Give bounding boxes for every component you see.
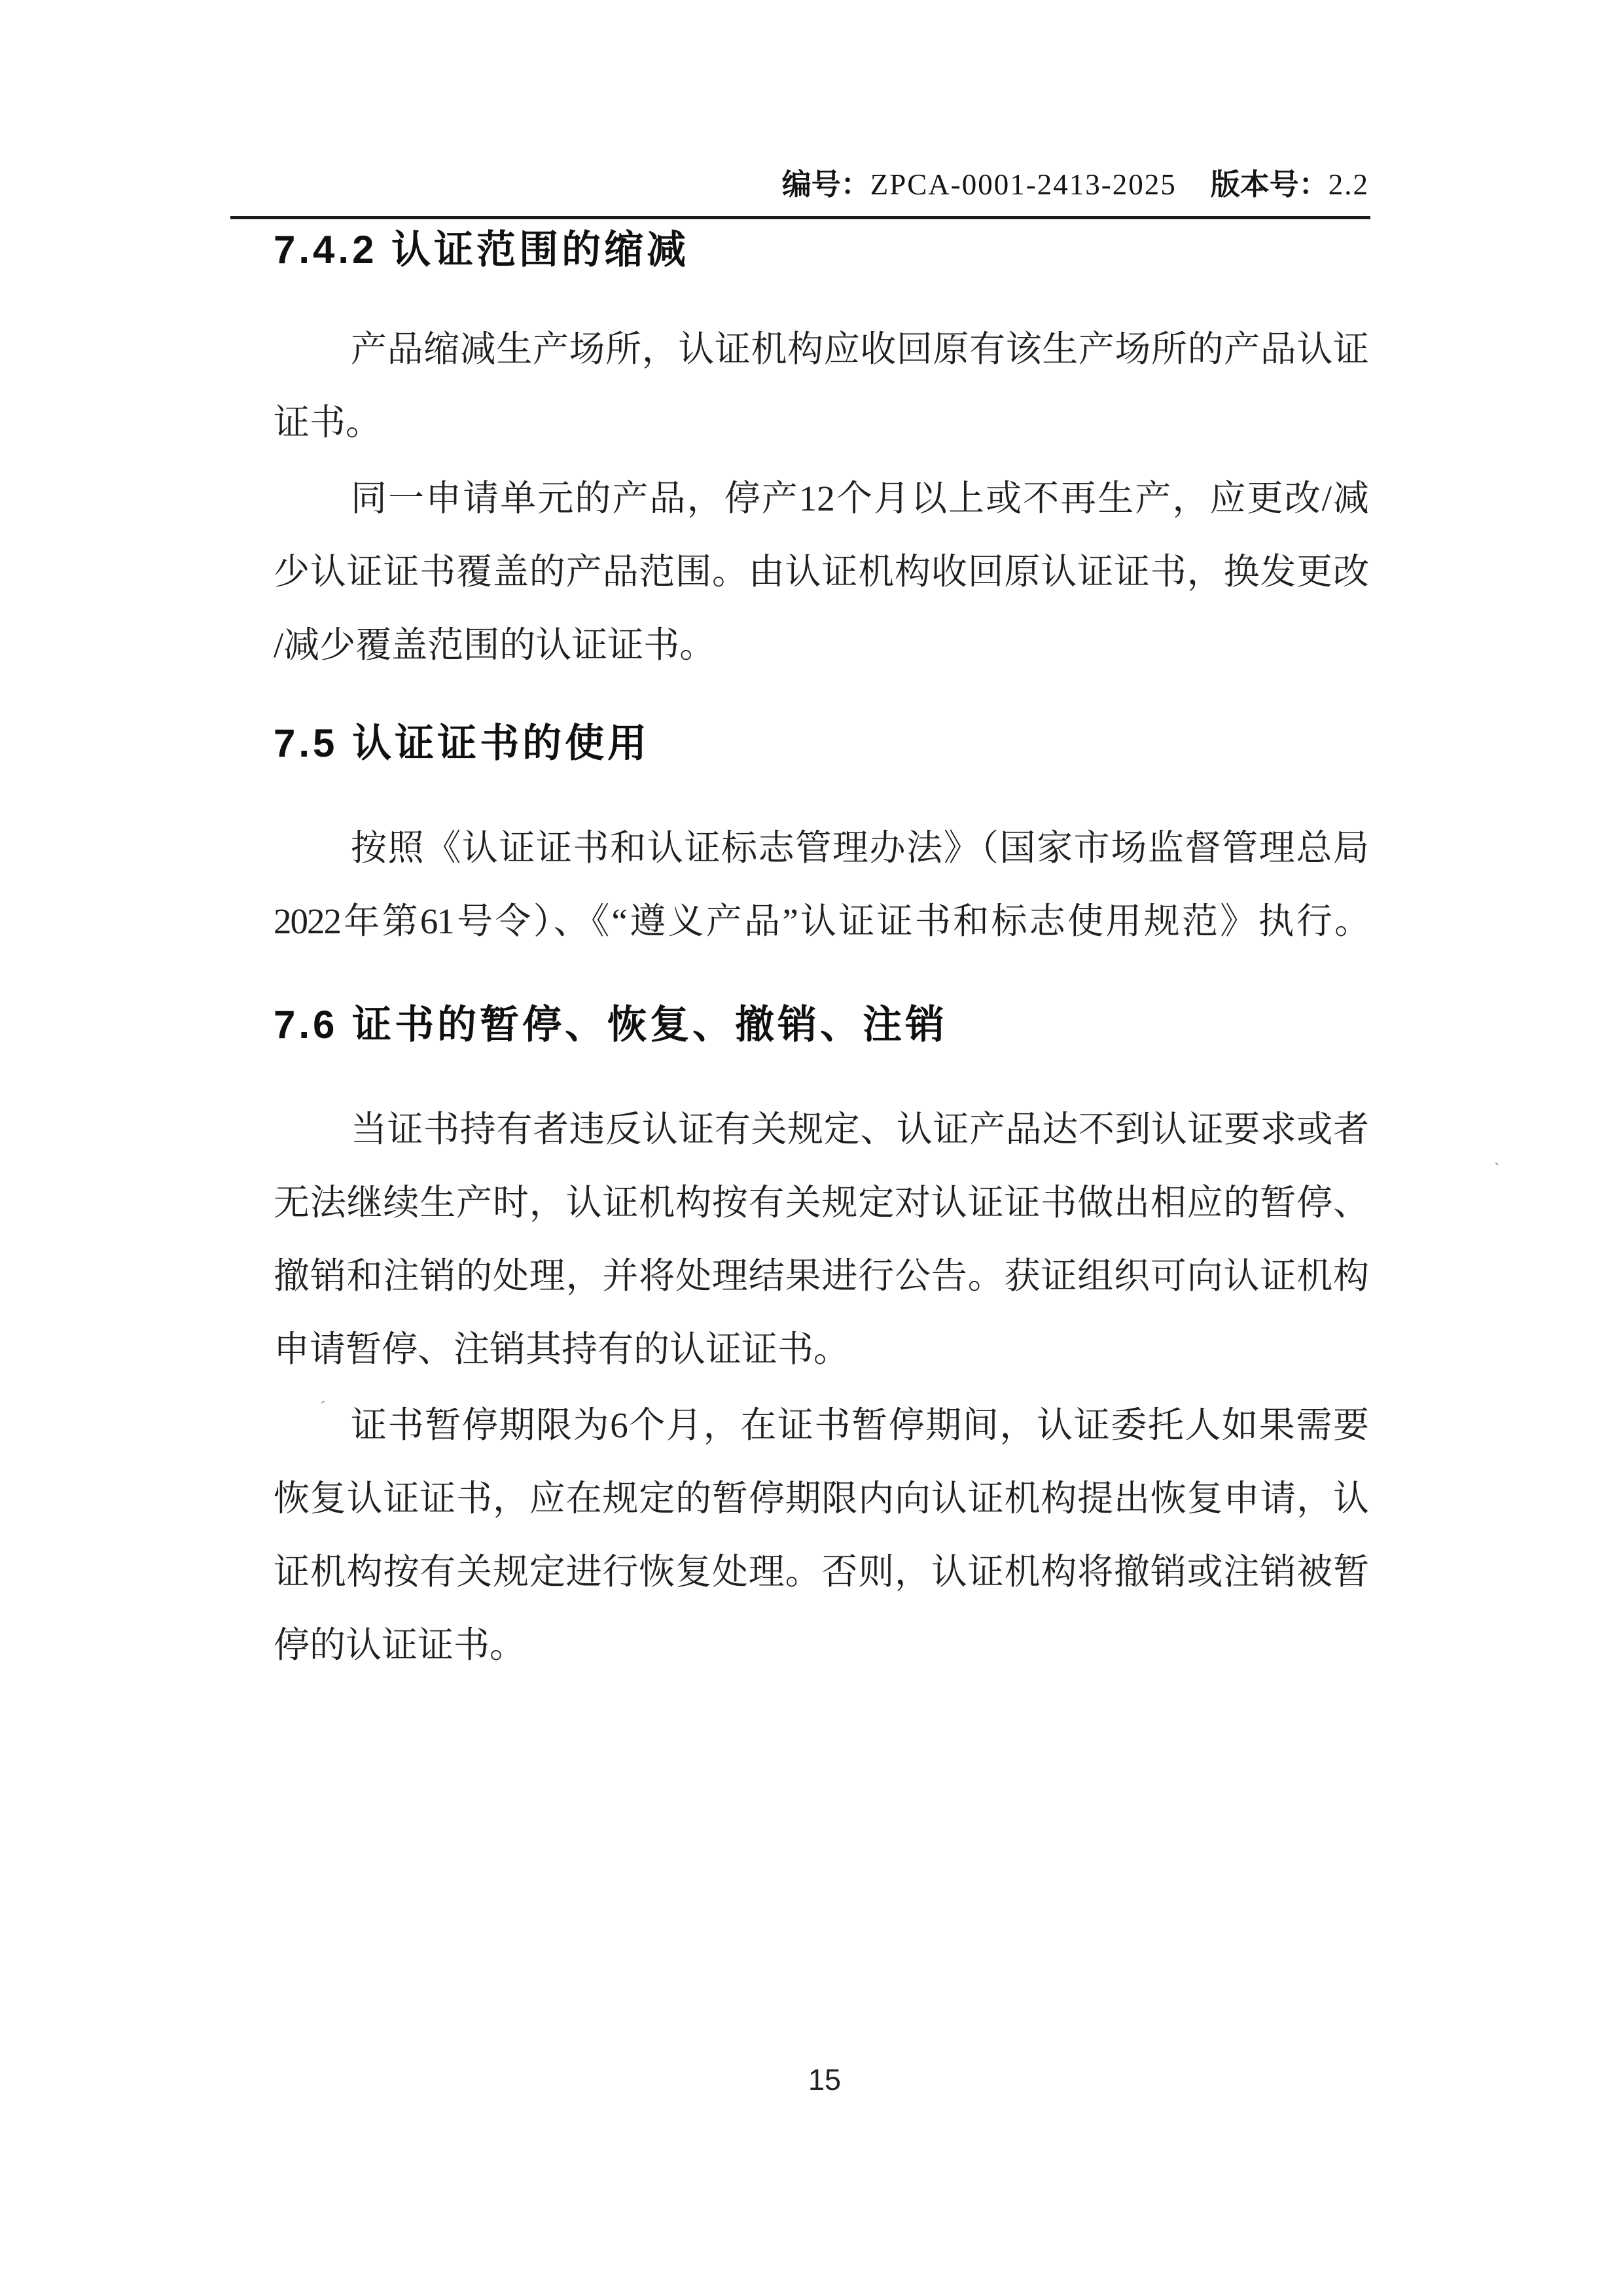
doc-code-value: ZPCA-0001-2413-2025	[870, 168, 1177, 201]
body-line: 少认证证书覆盖的产品范围。由认证机构收回原认证证书，换发更改	[274, 535, 1369, 609]
paragraph-scope-reduction-1: 产品缩减生产场所，认证机构应收回原有该生产场所的产品认证 证书。	[274, 313, 1369, 459]
body-line: /减少覆盖范围的认证证书。	[274, 609, 1369, 682]
body-line: 证书暂停期限为6个月，在证书暂停期间，认证委托人如果需要	[274, 1389, 1369, 1462]
section-heading-7-6: 7.6 证书的暂停、恢复、撤销、注销	[274, 999, 1369, 1051]
scan-artifact: ˋ	[1493, 1160, 1503, 1181]
body-line: 停的认证证书。	[274, 1609, 1369, 1682]
body-line: 同一申请单元的产品，停产12个月以上或不再生产，应更改/减	[274, 462, 1369, 535]
section-heading-7-4-2: 7.4.2 认证范围的缩减	[274, 224, 1369, 276]
body-line: 证书。	[274, 386, 1369, 459]
doc-version-label: 版本号：	[1211, 168, 1329, 201]
header-meta: 编号：ZPCA-0001-2413-2025版本号：2.2	[274, 166, 1369, 204]
doc-code-label: 编号：	[782, 168, 870, 201]
body-line: 当证书持有者违反认证有关规定、认证产品达不到认证要求或者	[274, 1093, 1369, 1166]
body-line: 按照《认证证书和认证标志管理办法》（国家市场监督管理总局	[274, 812, 1369, 885]
header-rule	[230, 216, 1370, 219]
paragraph-certificate-use: 按照《认证证书和认证标志管理办法》（国家市场监督管理总局 2022年第61号令）…	[274, 812, 1369, 958]
body-line: 产品缩减生产场所，认证机构应收回原有该生产场所的产品认证	[274, 313, 1369, 386]
section-heading-7-5: 7.5 认证证书的使用	[274, 717, 1369, 770]
paragraph-scope-reduction-2: 同一申请单元的产品，停产12个月以上或不再生产，应更改/减 少认证证书覆盖的产品…	[274, 462, 1369, 682]
body-line: 2022年第61号令）、《“遵义产品”认证证书和标志使用规范》执行。	[274, 885, 1369, 958]
paragraph-suspension-rules-2: 证书暂停期限为6个月，在证书暂停期间，认证委托人如果需要 恢复认证证书，应在规定…	[274, 1389, 1369, 1682]
doc-version-value: 2.2	[1329, 168, 1369, 201]
document-page: 编号：ZPCA-0001-2413-2025版本号：2.2 7.4.2 认证范围…	[0, 0, 1623, 2296]
body-line: 申请暂停、注销其持有的认证证书。	[274, 1313, 1369, 1386]
page-number: 15	[0, 2062, 1623, 2098]
body-line: 证机构按有关规定进行恢复处理。否则，认证机构将撤销或注销被暂	[274, 1535, 1369, 1609]
body-line: 无法继续生产时，认证机构按有关规定对认证证书做出相应的暂停、	[274, 1166, 1369, 1240]
paragraph-suspension-rules-1: 当证书持有者违反认证有关规定、认证产品达不到认证要求或者 无法继续生产时，认证机…	[274, 1093, 1369, 1386]
body-line: 撤销和注销的处理，并将处理结果进行公告。获证组织可向认证机构	[274, 1240, 1369, 1313]
body-line: 恢复认证证书，应在规定的暂停期限内向认证机构提出恢复申请，认	[274, 1462, 1369, 1535]
